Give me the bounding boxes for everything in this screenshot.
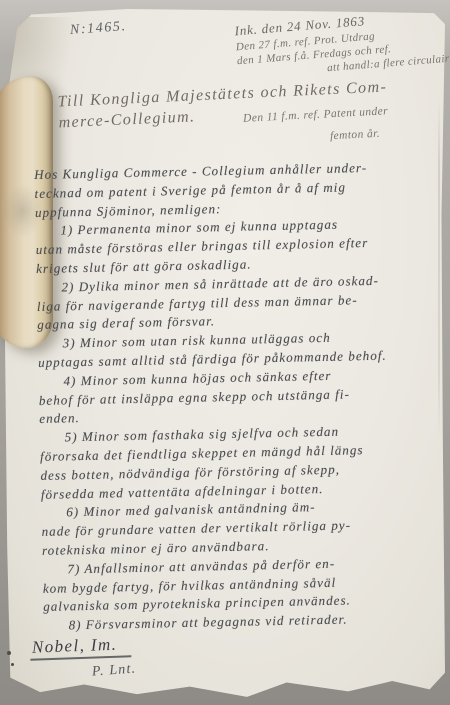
ink-blot: [7, 651, 11, 655]
ink-blot: [11, 663, 14, 666]
signature-nobel: Nobel, Im.: [30, 634, 132, 661]
document-photo: N:1465. Ink. den 24 Nov. 1863 Den 27 f.m…: [0, 0, 450, 705]
countersign-flourish: P. Lnt.: [91, 661, 136, 680]
manuscript-body: Hos Kungliga Commerce - Collegium anhåll…: [34, 157, 450, 635]
